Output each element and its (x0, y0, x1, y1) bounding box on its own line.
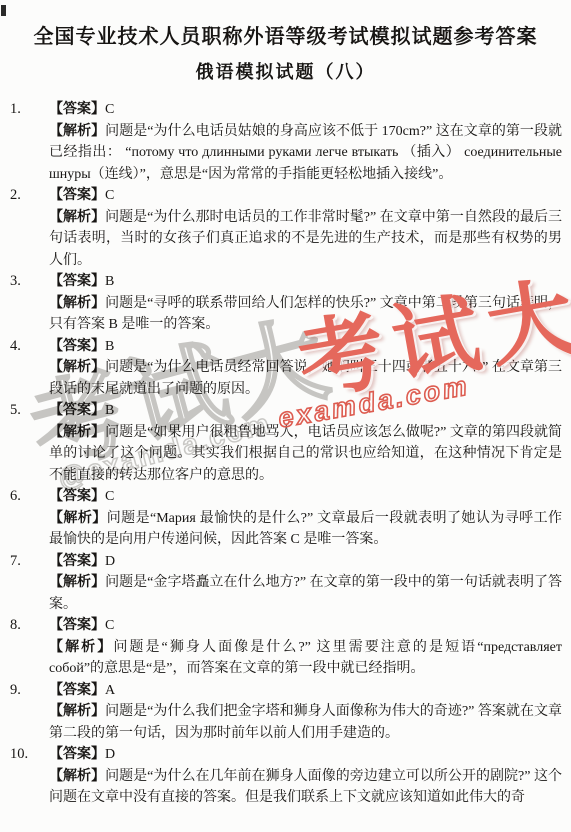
answer-letter: C (105, 188, 114, 203)
answer-item-8: 8. 【答案】C 【解析】问题是“狮身人面像是什么?” 这里需要注意的是短语“п… (10, 615, 562, 680)
answer-letter: D (105, 747, 115, 762)
answer-label: 【答案】 (49, 274, 105, 289)
item-number: 1. (10, 99, 49, 185)
analysis-label: 【解析】 (49, 425, 105, 440)
item-number: 2. (10, 185, 49, 271)
answer-letter: B (105, 403, 114, 418)
answer-label: 【答案】 (49, 403, 105, 418)
answer-item-2: 2. 【答案】C 【解析】问题是“为什么那时电话员的工作非常时髦?” 在文章中第… (10, 185, 562, 271)
answer-item-6: 6. 【答案】C 【解析】问题是“Мария 最愉快的是什么?” 文章最后一段就… (10, 486, 562, 551)
analysis-label: 【解析】 (49, 640, 113, 655)
answer-label: 【答案】 (49, 339, 105, 354)
item-number: 6. (10, 486, 49, 551)
analysis-label: 【解析】 (49, 124, 105, 139)
answer-label: 【答案】 (49, 683, 105, 698)
answer-item-10: 10. 【答案】D 【解析】问题是“为什么在几年前在狮身人面像的旁边建立可以所公… (10, 744, 562, 809)
analysis-text: 问题是“如果用户很粗鲁地骂人，电话员应该怎么做呢?” 文章的第四段就简单的讨论了… (49, 425, 562, 483)
item-number: 7. (10, 551, 49, 616)
analysis-text: 问题是“为什么电话员姑娘的身高应该不低于 170cm?” 这在文章的第一段就已经… (49, 124, 562, 182)
analysis-text: 问题是“为什么我们把金字塔和狮身人面像称为伟大的奇迹?” 答案就在文章第二段的第… (49, 704, 562, 741)
answer-item-9: 9. 【答案】A 【解析】问题是“为什么我们把金字塔和狮身人面像称为伟大的奇迹?… (10, 680, 562, 745)
analysis-text: 问题是“狮身人面像是什么?” 这里需要注意的是短语“представляет с… (49, 640, 562, 677)
analysis-label: 【解析】 (49, 511, 107, 526)
analysis-text: 问题是“寻呼的联系带回给人们怎样的快乐?” 文章中第二段第三句话表明，只有答案 … (49, 296, 562, 333)
analysis-label: 【解析】 (49, 704, 105, 719)
answer-label: 【答案】 (49, 618, 105, 633)
answer-letter: B (105, 339, 114, 354)
answer-item-7: 7. 【答案】D 【解析】问题是“金字塔矗立在什么地方?” 在文章的第一段中的第… (10, 551, 562, 616)
analysis-text: 问题是“为什么电话员经常回答说，她们叫三十四或者五十六?” 在文章第三段话的末尾… (49, 360, 562, 397)
document-subtitle: 俄语模拟试题（八） (0, 58, 571, 84)
item-number: 5. (10, 400, 49, 486)
item-number: 4. (10, 336, 49, 401)
answer-label: 【答案】 (49, 554, 105, 569)
analysis-text: 问题是“金字塔矗立在什么地方?” 在文章的第一段中的第一句话就表明了答案。 (49, 575, 562, 612)
answer-item-5: 5. 【答案】B 【解析】问题是“如果用户很粗鲁地骂人，电话员应该怎么做呢?” … (10, 400, 562, 486)
item-number: 8. (10, 615, 49, 680)
answer-label: 【答案】 (49, 188, 105, 203)
analysis-label: 【解析】 (49, 575, 105, 590)
answer-letter: A (105, 683, 115, 698)
answer-label: 【答案】 (49, 747, 105, 762)
document-title: 全国专业技术人员职称外语等级考试模拟试题参考答案 (0, 20, 571, 49)
document-page: 考试大 @examda.com 全国专业技术人员职称外语等级考试模拟试题参考答案… (0, 0, 571, 832)
answer-letter: D (105, 554, 115, 569)
answer-letter: C (105, 618, 114, 633)
analysis-text: 问题是“Мария 最愉快的是什么?” 文章最后一段就表明了她认为寻呼工作最愉快… (49, 511, 562, 548)
analysis-text: 问题是“为什么在几年前在狮身人面像的旁边建立可以所公开的剧院?” 这个问题在文章… (49, 769, 562, 806)
answer-letter: C (105, 489, 114, 504)
analysis-label: 【解析】 (49, 769, 105, 784)
analysis-text: 问题是“为什么那时电话员的工作非常时髦?” 在文章中第一自然段的最后三句话表明，… (49, 210, 562, 268)
answer-item-3: 3. 【答案】B 【解析】问题是“寻呼的联系带回给人们怎样的快乐?” 文章中第二… (10, 271, 562, 336)
item-number: 10. (10, 744, 49, 809)
answer-item-1: 1. 【答案】C 【解析】问题是“为什么电话员姑娘的身高应该不低于 170cm?… (10, 99, 562, 185)
answer-label: 【答案】 (49, 102, 105, 117)
document-header: 全国专业技术人员职称外语等级考试模拟试题参考答案 俄语模拟试题（八） (0, 0, 571, 84)
answer-label: 【答案】 (49, 489, 105, 504)
answer-list: 1. 【答案】C 【解析】问题是“为什么电话员姑娘的身高应该不低于 170cm?… (0, 99, 571, 809)
item-number: 9. (10, 680, 49, 745)
item-number: 3. (10, 271, 49, 336)
analysis-label: 【解析】 (49, 210, 105, 225)
analysis-label: 【解析】 (49, 296, 105, 311)
analysis-label: 【解析】 (49, 360, 105, 375)
answer-item-4: 4. 【答案】B 【解析】问题是“为什么电话员经常回答说，她们叫三十四或者五十六… (10, 336, 562, 401)
answer-letter: C (105, 102, 114, 117)
answer-letter: B (105, 274, 114, 289)
